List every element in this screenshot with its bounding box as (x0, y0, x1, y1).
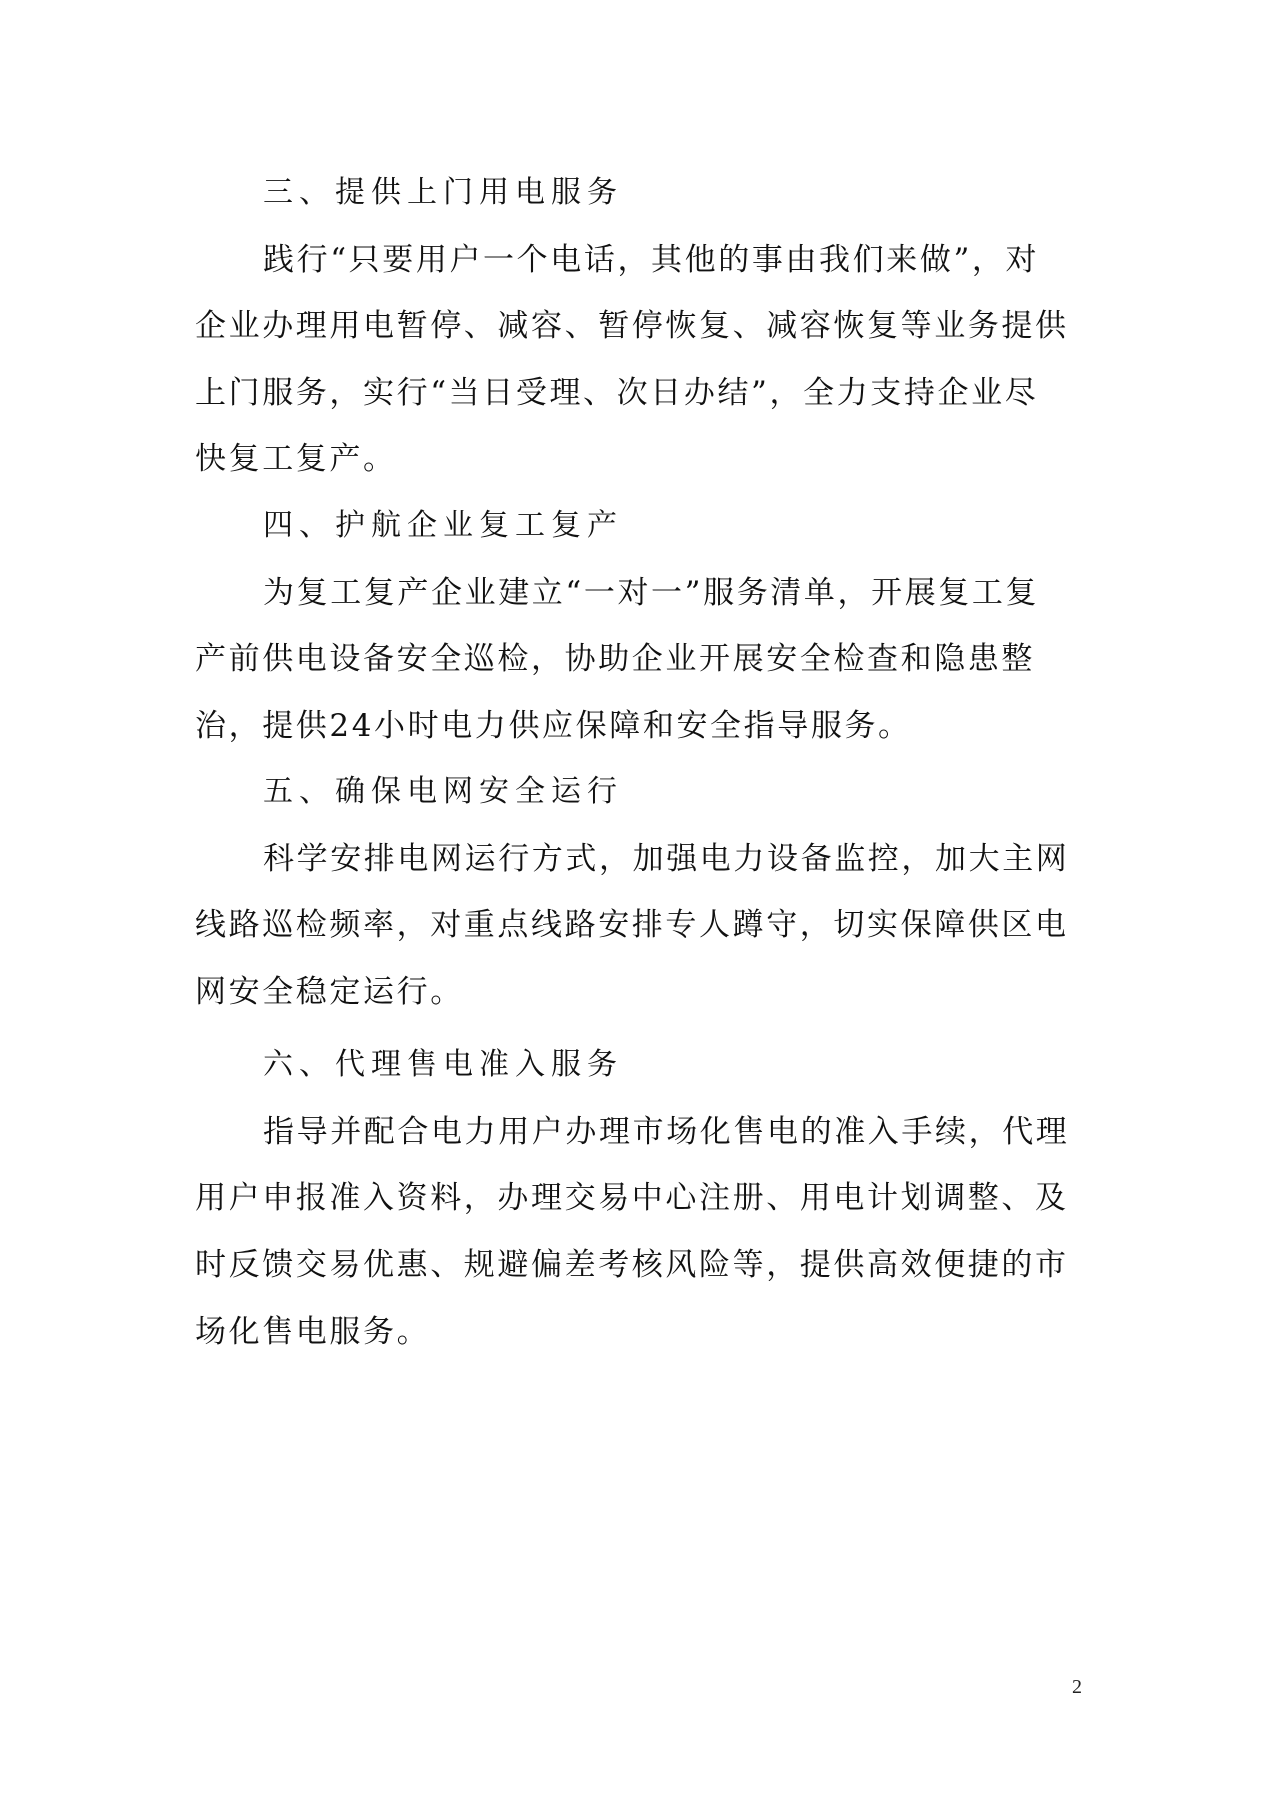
section-heading: 六、代理售电准入服务 (263, 1040, 1163, 1090)
paragraph-line: 企业办理用电暂停、减容、暂停恢复、减容恢复等业务提供 (195, 301, 1095, 351)
paragraph-line: 时反馈交易优惠、规避偏差考核风险等，提供高效便捷的市 (195, 1240, 1095, 1290)
section-heading: 三、提供上门用电服务 (263, 168, 1163, 218)
paragraph-line: 科学安排电网运行方式，加强电力设备监控，加大主网 (263, 834, 1163, 884)
paragraph-line: 指导并配合电力用户办理市场化售电的准入手续，代理 (263, 1107, 1163, 1157)
paragraph-line: 场化售电服务。 (195, 1307, 1095, 1357)
paragraph-line: 快复工复产。 (195, 434, 1095, 484)
paragraph-line: 线路巡检频率，对重点线路安排专人蹲守，切实保障供区电 (195, 900, 1095, 950)
paragraph-line: 践行“只要用户一个电话，其他的事由我们来做”，对 (263, 235, 1163, 285)
paragraph-line: 治，提供24小时电力供应保障和安全指导服务。 (195, 701, 1095, 751)
document-page: 三、提供上门用电服务 践行“只要用户一个电话，其他的事由我们来做”，对 企业办理… (0, 0, 1280, 1810)
paragraph-line: 用户申报准入资料，办理交易中心注册、用电计划调整、及 (195, 1173, 1095, 1223)
section-heading: 四、护航企业复工复产 (263, 501, 1163, 551)
paragraph-line: 为复工复产企业建立“一对一”服务清单，开展复工复 (263, 568, 1163, 618)
page-number: 2 (1072, 1676, 1082, 1699)
paragraph-line: 产前供电设备安全巡检，协助企业开展安全检查和隐患整 (195, 634, 1095, 684)
paragraph-line: 上门服务，实行“当日受理、次日办结”，全力支持企业尽 (195, 368, 1095, 418)
paragraph-line: 网安全稳定运行。 (195, 967, 1095, 1017)
section-heading: 五、确保电网安全运行 (263, 767, 1163, 817)
